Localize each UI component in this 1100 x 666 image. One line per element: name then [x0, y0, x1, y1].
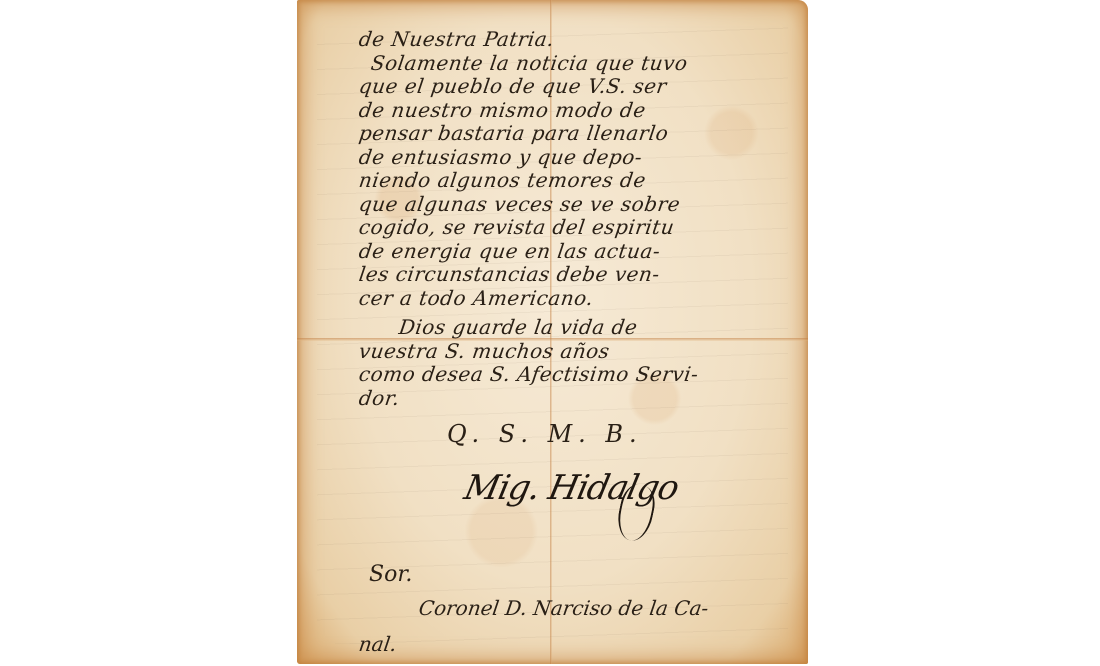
closing-formula: Q. S. M. B.	[447, 420, 643, 448]
body-line: dor.	[357, 387, 810, 411]
body-line: les circunstancias debe ven-	[357, 263, 810, 287]
body-line: que algunas veces se ve sobre	[357, 193, 810, 217]
body-line: niendo algunos temores de	[357, 169, 810, 193]
body-line: Dios guarde la vida de	[357, 316, 810, 340]
letter-page: de Nuestra Patria. Solamente la noticia …	[297, 0, 808, 664]
body-line: pensar bastaria para llenarlo	[357, 122, 810, 146]
body-line: de energia que en las actua-	[357, 240, 810, 264]
body-line: que el pueblo de que V.S. ser	[357, 75, 810, 99]
letter-body: de Nuestra Patria. Solamente la noticia …	[359, 28, 809, 410]
salutation: Sor.	[369, 562, 412, 587]
body-line: de entusiasmo y que depo-	[357, 146, 810, 170]
body-line: cer a todo Americano.	[357, 287, 810, 311]
body-line: de nuestro mismo modo de	[357, 99, 810, 123]
addressee-line-1: Coronel D. Narciso de la Ca-	[417, 596, 710, 620]
body-line: Solamente la noticia que tuvo	[357, 52, 810, 76]
body-line: cogido, se revista del espiritu	[357, 216, 810, 240]
addressee-line-2: nal.	[357, 632, 398, 656]
body-line: como desea S. Afectisimo Servi-	[357, 363, 810, 387]
body-line: de Nuestra Patria.	[357, 28, 810, 52]
body-line: vuestra S. muchos años	[357, 340, 810, 364]
